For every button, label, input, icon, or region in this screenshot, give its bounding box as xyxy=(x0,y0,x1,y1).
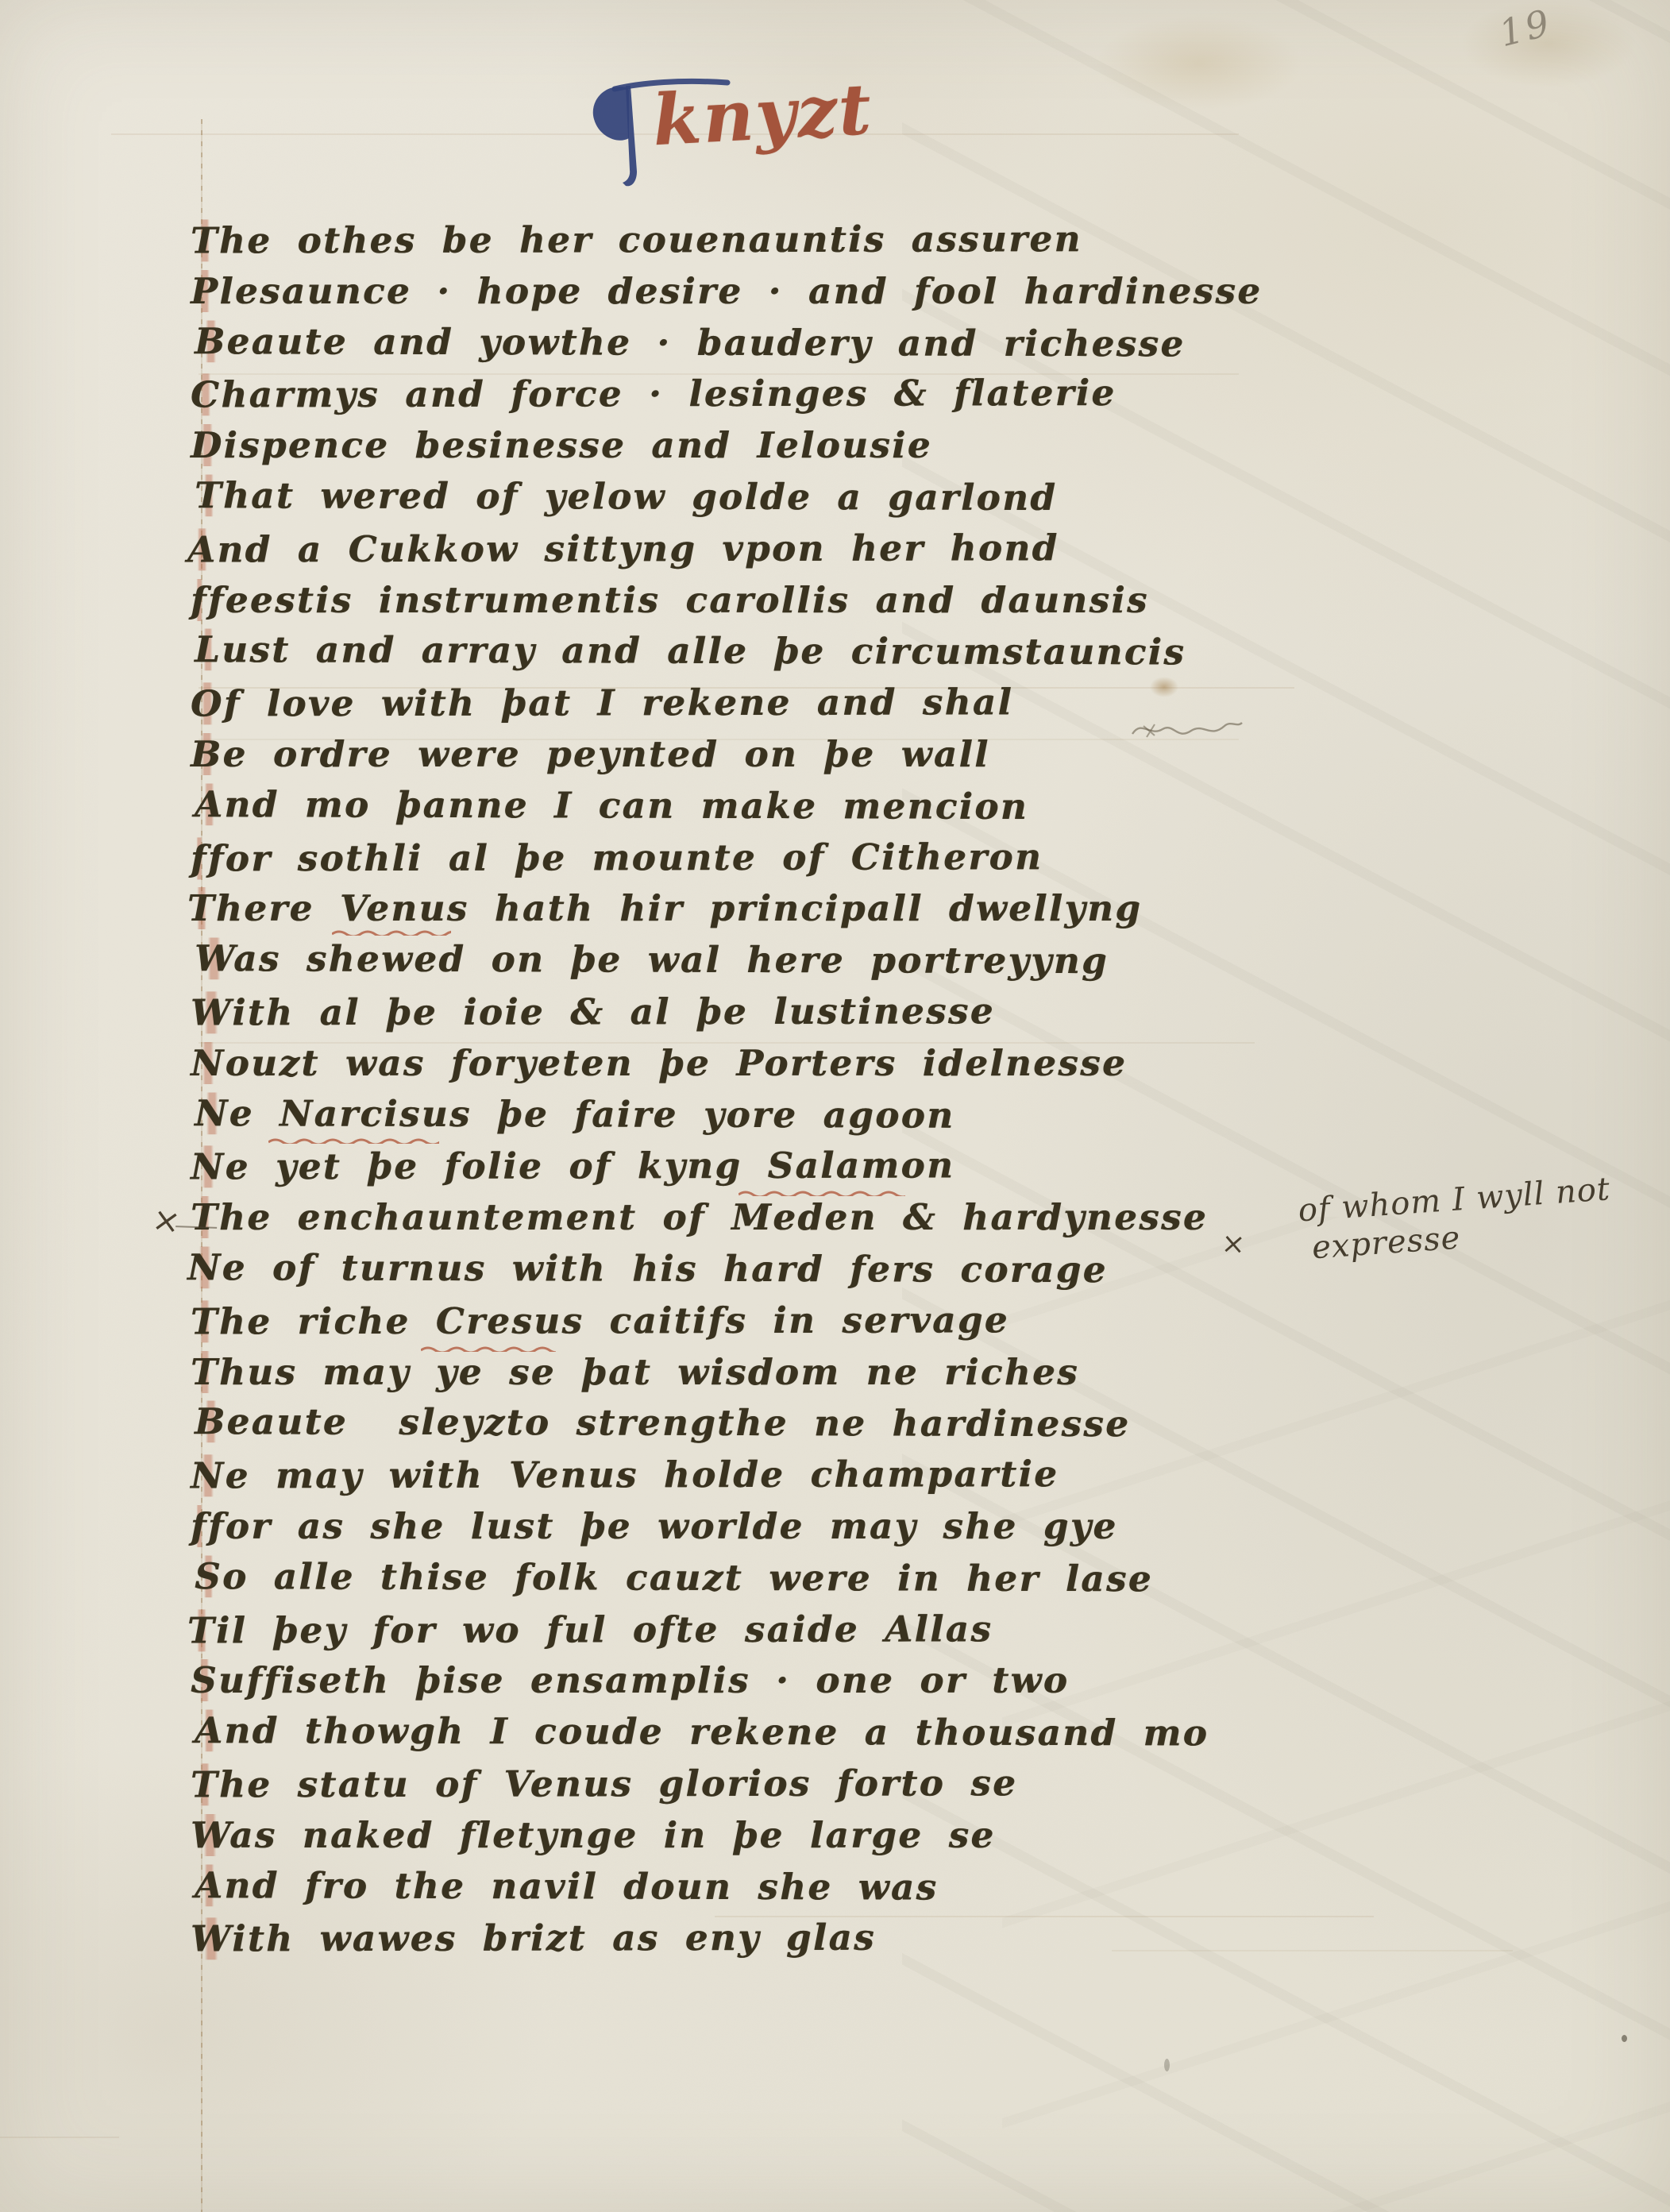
poem-line: ffor as she lust þe worlde may she gye xyxy=(191,1503,1302,1554)
poem-line: And thowgh I coude rekene a thousand mo xyxy=(195,1707,1302,1761)
poem-line: With wawes brizt as eny glas xyxy=(191,1913,1302,1967)
poem-line: Beaute and yowthe · baudery and richesse xyxy=(195,318,1302,372)
poem-line: Ne of turnus with his hard fers corage xyxy=(187,1244,1302,1298)
ink-speck xyxy=(1622,2035,1627,2042)
poem-line: Til þey for wo ful ofte saide Allas xyxy=(187,1604,1302,1658)
poem-line: And a Cukkow sittyng vpon her hond xyxy=(187,523,1302,577)
poem-line: Charmys and force · lesinges & flaterie xyxy=(191,369,1302,423)
poem-line: Ne Narcisus þe faire yore agoon xyxy=(195,1090,1302,1144)
poem-line: Plesaunce · hope desire · and fool hardi… xyxy=(191,268,1302,319)
poem-line: Thus may ye se þat wisdom ne riches xyxy=(191,1349,1302,1400)
ink-speck xyxy=(1164,2059,1170,2071)
poem-line: Nouzt was foryeten þe Porters idelnesse xyxy=(191,1040,1302,1091)
collation-cross-mark: × xyxy=(149,1199,183,1242)
poem-line: With al þe ioie & al þe lustinesse xyxy=(191,986,1302,1040)
poem-line: So alle thise folk cauzt were in her las… xyxy=(195,1553,1302,1607)
heading: knyzt xyxy=(586,70,848,205)
poem-line: Beaute sleyzto strengthe ne hardinesse xyxy=(195,1399,1302,1453)
manuscript-page: 19 knyzt The othes be her couenauntis as… xyxy=(0,0,1670,2212)
poem-line: Was naked fletynge in þe large se xyxy=(191,1812,1302,1863)
poem-line: Ne may with Venus holde champartie xyxy=(191,1450,1302,1504)
poem-text-block: The othes be her couenauntis assuren Ple… xyxy=(191,216,1302,1966)
poem-line: The statu of Venus glorios forto se xyxy=(191,1758,1302,1812)
stain xyxy=(1096,16,1302,111)
pen-trial-mark xyxy=(1128,712,1247,750)
poem-line: Ne yet þe folie of kyng Salamon xyxy=(191,1141,1302,1195)
margin-note: of whom I wyll not expresse xyxy=(1267,1166,1670,1269)
poem-line: And fro the navil doun she was xyxy=(195,1862,1302,1916)
heading-title: knyzt xyxy=(650,68,874,161)
poem-line: There Venus hath hir principall dwellyng xyxy=(187,885,1302,936)
poem-line: Lust and array and alle þe circumstaunci… xyxy=(195,627,1302,681)
poem-line: Suffiseth þise ensamplis · one or two xyxy=(191,1657,1302,1708)
collation-cross-mark: × xyxy=(1221,1227,1247,1261)
poem-line: The riche Cresus caitifs in servage xyxy=(191,1295,1302,1349)
ruling-line xyxy=(0,2137,119,2138)
poem-line: Dispence besinesse and Ielousie xyxy=(191,422,1302,473)
poem-line: The othes be her couenauntis assuren xyxy=(191,215,1302,269)
poem-line: The enchauntement of Meden & hardynesse xyxy=(191,1194,1302,1245)
poem-line: ffeestis instrumentis carollis and dauns… xyxy=(191,577,1302,628)
poem-line: And mo þanne I can make mencion xyxy=(195,781,1302,835)
poem-line: ffor sothli al þe mounte of Citheron xyxy=(191,832,1302,886)
poem-line: Was shewed on þe wal here portreyyng xyxy=(195,935,1302,989)
poem-line: That wered of yelow golde a garlond xyxy=(195,472,1302,526)
folio-number: 19 xyxy=(1495,1,1556,55)
